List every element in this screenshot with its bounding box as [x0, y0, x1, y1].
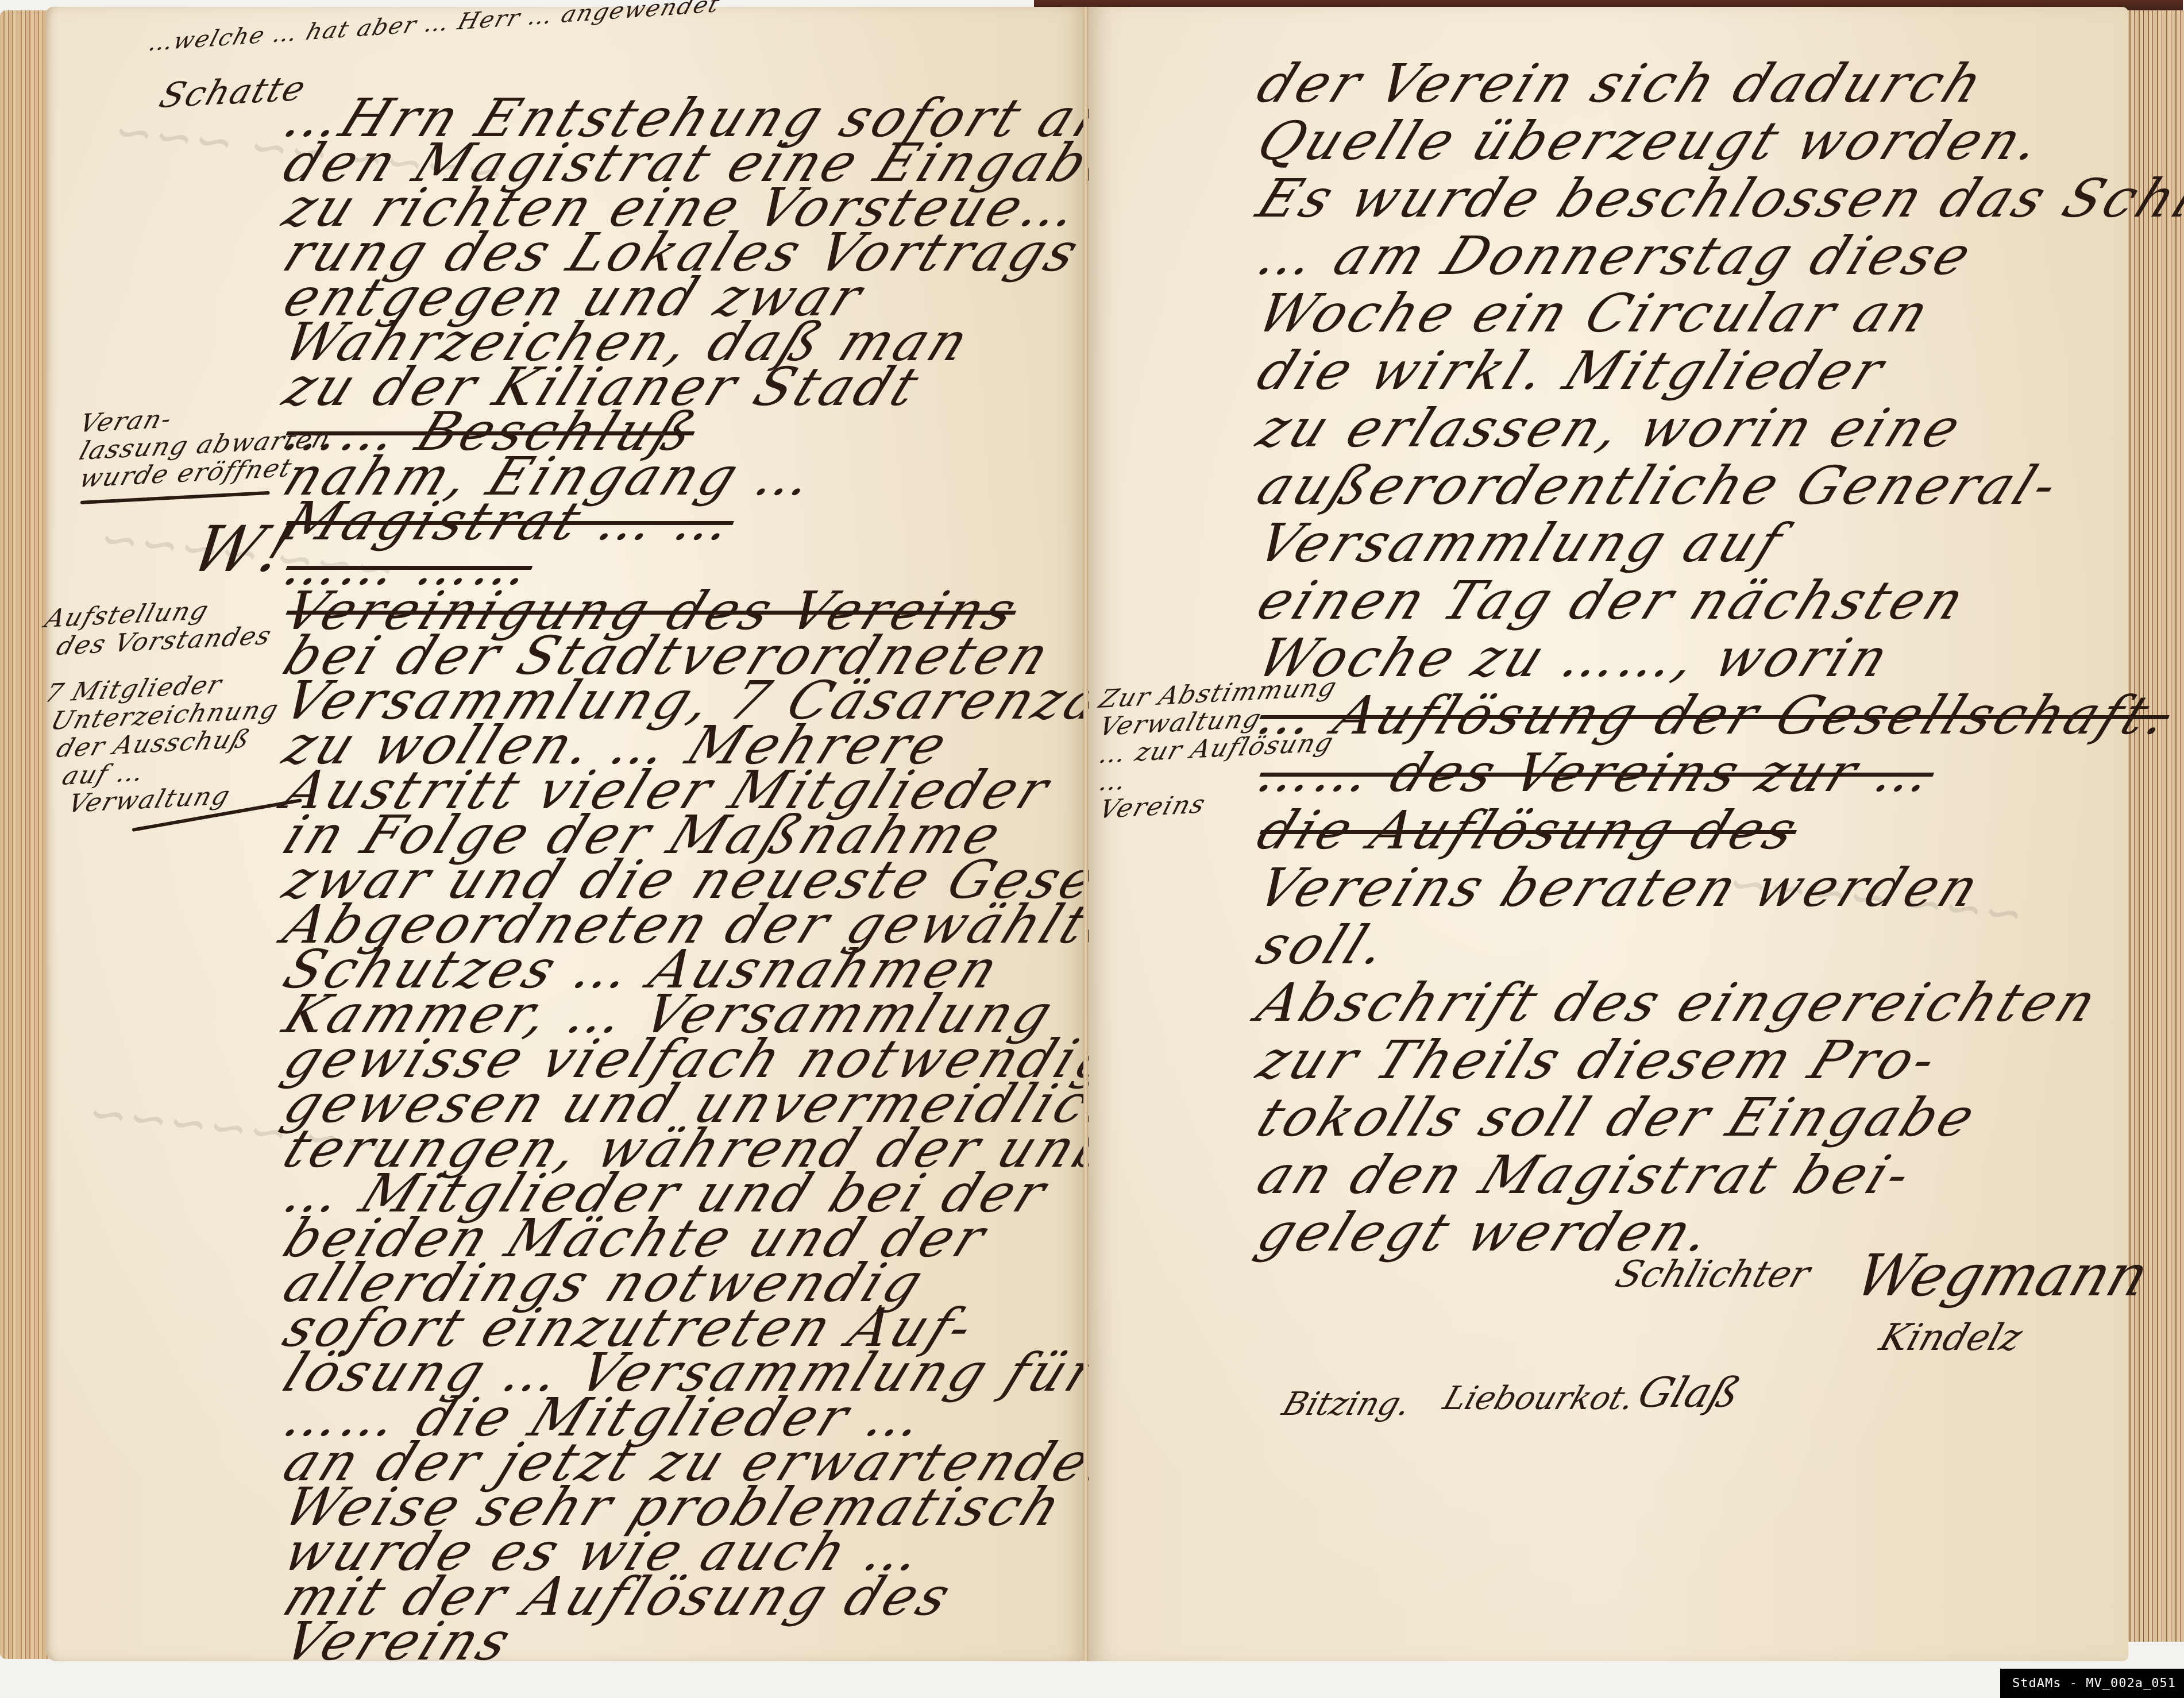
manuscript-line: Vereins	[275, 1611, 523, 1672]
manuscript-line: Versammlung auf	[1248, 512, 1794, 574]
header-annotation: …welche … hat aber … Herr … angewendet	[145, 0, 723, 56]
manuscript-line: Vereins beraten werden	[1248, 857, 1991, 919]
manuscript-line: der Verein sich dadurch	[1248, 53, 1995, 114]
manuscript-line: Woche ein Circular an	[1248, 283, 1941, 344]
book-spine	[1083, 7, 1088, 1661]
open-book-scan: ~~~~ ~~ ~~~ ~~~ ~~~~ ~~ ~~~~~ …welche … …	[0, 0, 2184, 1698]
archive-caption: StdAMs - MV_002a_051	[2000, 1669, 2184, 1698]
struck-manuscript-line: die Auflösung des	[1248, 800, 1809, 861]
manuscript-line: zur Theils diesem Pro-	[1248, 1029, 1949, 1091]
left-page: ~~~~ ~~ ~~~ ~~~ ~~~~ ~~ ~~~~~ …welche … …	[46, 7, 1089, 1661]
margin-note-r-line-5: Vereins	[1095, 790, 1210, 824]
right-page-stack	[2125, 10, 2184, 1642]
manuscript-line: soll.	[1248, 914, 1400, 976]
manuscript-line: Woche zu ……, worin	[1248, 627, 1901, 689]
margin-note-underline	[80, 491, 270, 504]
margin-note-r-line-4: …	[1095, 766, 1132, 797]
right-page: ~~~ ~~~~ der Verein sich dadurchQuelle ü…	[1089, 7, 2128, 1661]
struck-manuscript-line: …… des Vereins zur …	[1248, 742, 1946, 804]
manuscript-line: einen Tag der nächsten	[1248, 570, 1977, 631]
manuscript-line: die wirkl. Mitglieder	[1248, 340, 1896, 402]
signature-bitzing: Bitzing.	[1278, 1386, 1415, 1423]
signature-liebourkot: Liebourkot.	[1438, 1380, 1639, 1417]
manuscript-line: … am Donnerstag diese	[1248, 225, 1983, 287]
manuscript-line: zu erlassen, worin eine	[1248, 398, 1973, 459]
manuscript-line: tokolls soll der Eingabe	[1248, 1087, 1987, 1148]
manuscript-line: Quelle überzeugt worden.	[1248, 110, 2054, 172]
signature-wegmann: Wegmann	[1847, 1242, 2157, 1309]
manuscript-line: an den Magistrat bei-	[1248, 1144, 1923, 1206]
manuscript-line: Abschrift des eingereichten	[1248, 972, 2109, 1033]
manuscript-line: außerordentliche General-	[1248, 455, 2070, 516]
signature-kindelz: Kindelz	[1874, 1317, 2028, 1359]
marginal-word: Schatte	[155, 68, 311, 116]
struck-manuscript-line: … Auflösung der Gesellschaft.	[1248, 685, 2182, 746]
manuscript-line: Es wurde beschlossen das Schluß-	[1248, 168, 2184, 229]
signature-glass: Glaß	[1632, 1368, 1746, 1417]
signature-schlichter: Schlichter	[1610, 1253, 1815, 1296]
